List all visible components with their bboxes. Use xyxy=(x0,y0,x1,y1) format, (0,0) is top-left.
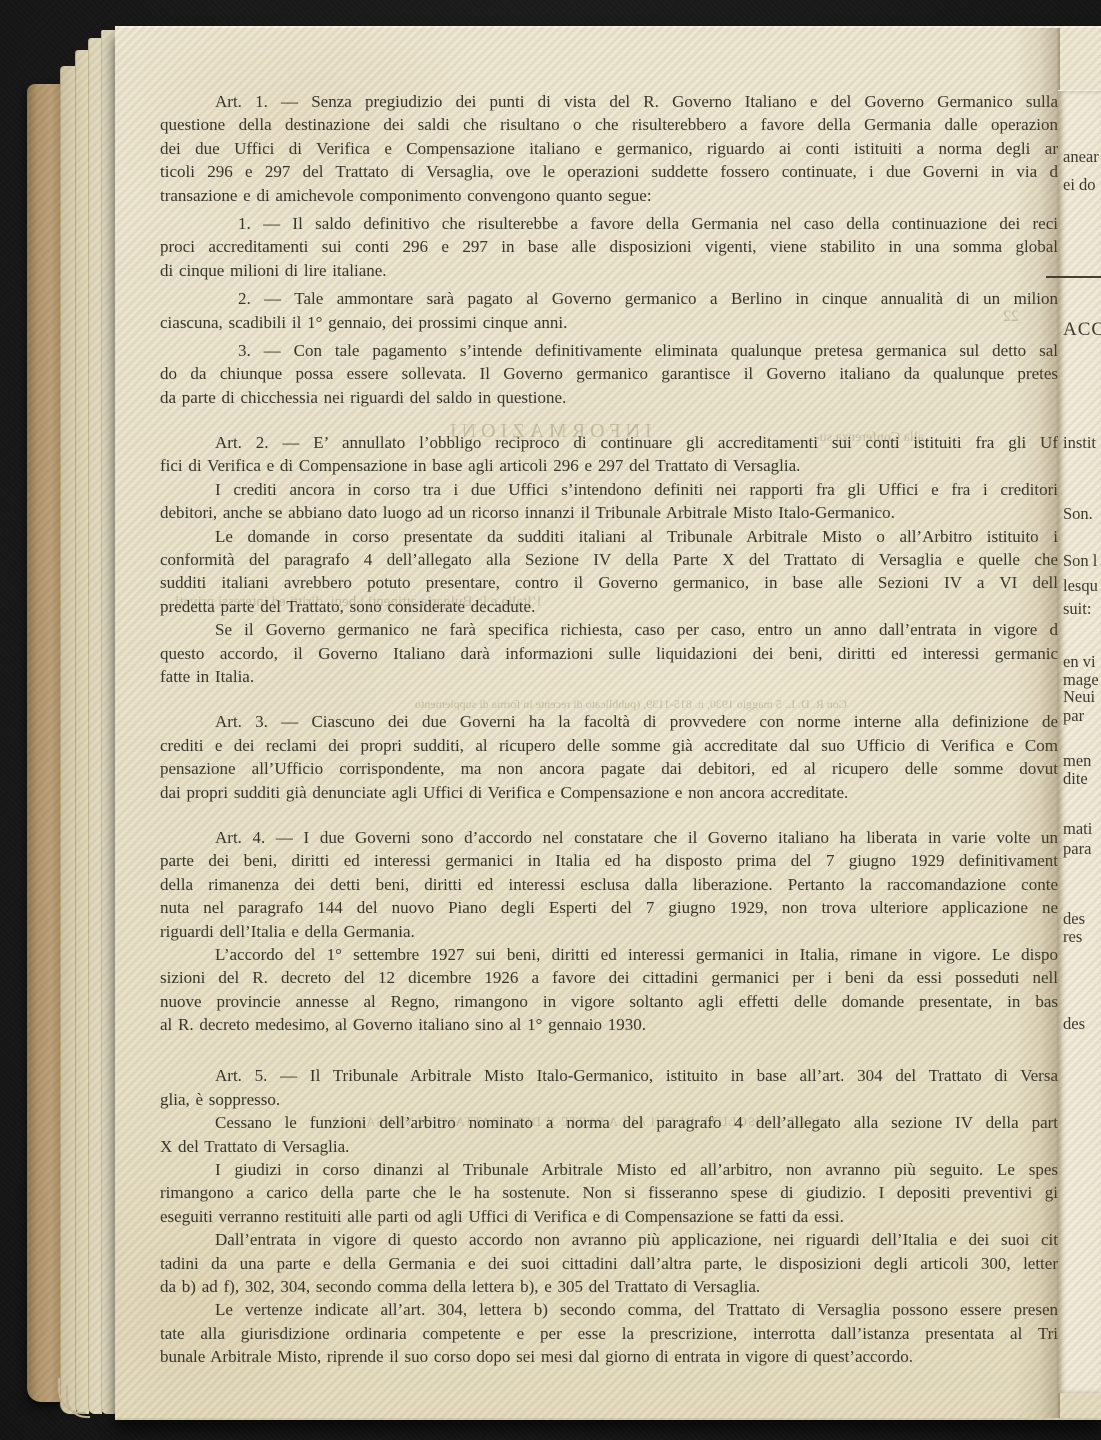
paragraph: Art. 5. — Il Tribunale Arbitrale Misto I… xyxy=(160,1064,1058,1111)
text-line: rimangono a carico della parte che le ha… xyxy=(160,1181,1058,1204)
text-line: crediti e dei reclami dei propri sudditi… xyxy=(160,734,1058,757)
text-line: I crediti ancora in corso tra i due Uffi… xyxy=(160,478,1058,501)
page-fold-shadow xyxy=(1014,28,1060,1418)
paragraph: Art. 1. — Senza pregiudizio dei punti di… xyxy=(160,90,1058,207)
next-page-text-fragment: dite xyxy=(1063,769,1088,789)
next-page-text-fragment: Neui xyxy=(1063,687,1095,707)
text-line: Art. 1. — Senza pregiudizio dei punti di… xyxy=(160,90,1058,113)
paragraph: Dall’entrata in vigore di questo accordo… xyxy=(160,1228,1058,1298)
text-line: Dall’entrata in vigore di questo accordo… xyxy=(160,1228,1058,1251)
paragraph: 1. — Il saldo definitivo che risulterebb… xyxy=(160,212,1058,282)
text-line: 1. — Il saldo definitivo che risulterebb… xyxy=(160,212,1058,235)
next-page-text-fragment: mati xyxy=(1063,819,1092,839)
text-line: Le domande in corso presentate da suddit… xyxy=(160,525,1058,548)
book-cover-edge xyxy=(27,84,61,1402)
text-line: dai propri sudditi già denunciate agli U… xyxy=(160,781,1058,804)
next-page-text-fragment: Son. xyxy=(1063,504,1093,524)
text-line: 2. — Tale ammontare sarà pagato al Gover… xyxy=(160,287,1058,310)
paragraph: 2. — Tale ammontare sarà pagato al Gover… xyxy=(160,287,1058,334)
text-line: tate alla giurisdizione ordinaria compet… xyxy=(160,1322,1058,1345)
text-line: Art. 5. — Il Tribunale Arbitrale Misto I… xyxy=(160,1064,1058,1087)
page-text: Art. 1. — Senza pregiudizio dei punti di… xyxy=(160,90,1058,1369)
text-line: nuove provincie annesse al Regno, rimang… xyxy=(160,990,1058,1013)
text-line: debitori, anche se abbiano dato luogo ad… xyxy=(160,501,1058,524)
text-line: tadini da una parte e della Germania e d… xyxy=(160,1252,1058,1275)
next-page-text-fragment: men xyxy=(1063,751,1091,771)
scanned-page: INFORMAZIONIalla Conferenza su-22l’Itali… xyxy=(115,26,1101,1420)
text-line: da b) ad f), 302, 304, secondo comma del… xyxy=(160,1275,1058,1298)
text-line: predetta parte del Trattato, sono consid… xyxy=(160,595,1058,618)
page-edge xyxy=(60,66,76,1414)
text-line: da parte di chicchessia nei riguardi del… xyxy=(160,386,1058,409)
next-page-text-fragment: des xyxy=(1063,1014,1085,1034)
text-line: Le vertenze indicate all’art. 304, lette… xyxy=(160,1298,1058,1321)
paragraph: Se il Governo germanico ne farà specific… xyxy=(160,618,1058,688)
paragraph: Art. 4. — I due Governi sono d’accordo n… xyxy=(160,826,1058,943)
next-page-text-fragment: en vi xyxy=(1063,652,1096,672)
paragraph: Le vertenze indicate all’art. 304, lette… xyxy=(160,1298,1058,1368)
text-line: ticoli 296 e 297 del Trattato di Versagl… xyxy=(160,160,1058,183)
text-line: L’accordo del 1° settembre 1927 sui beni… xyxy=(160,943,1058,966)
page-edge xyxy=(88,38,102,1414)
paragraph: Cessano le funzioni dell’arbitro nominat… xyxy=(160,1111,1058,1158)
text-line: sudditi italiani avrebbero potuto presen… xyxy=(160,571,1058,594)
paragraph: Art. 3. — Ciascuno dei due Governi ha la… xyxy=(160,710,1058,804)
text-line: glia, è soppresso. xyxy=(160,1088,1058,1111)
paragraph: L’accordo del 1° settembre 1927 sui beni… xyxy=(160,943,1058,1037)
text-line: proci accreditamenti sui conti 296 e 297… xyxy=(160,235,1058,258)
next-page-heading-fragment: ACCO xyxy=(1063,319,1101,341)
next-page-text-fragment: para xyxy=(1063,839,1091,859)
next-page-text-fragment: instit xyxy=(1063,433,1096,453)
next-page-strip: anearei doACCOinstitSon.Son llesqusuit:e… xyxy=(1058,90,1101,1393)
text-line: della rimanenza dei detti beni, diritti … xyxy=(160,873,1058,896)
text-line: bunale Arbitrale Misto, riprende il suo … xyxy=(160,1345,1058,1368)
paragraph: 3. — Con tale pagamento s’intende defini… xyxy=(160,339,1058,409)
next-page-text-fragment: Son l xyxy=(1063,551,1097,571)
text-line: X del Trattato di Versaglia. xyxy=(160,1135,1058,1158)
text-line: Art. 3. — Ciascuno dei due Governi ha la… xyxy=(160,710,1058,733)
next-page-text-fragment: ei do xyxy=(1063,175,1096,195)
text-line: I giudizi in corso dinanzi al Tribunale … xyxy=(160,1158,1058,1181)
text-line: questo accordo, il Governo Italiano darà… xyxy=(160,642,1058,665)
next-page-rule xyxy=(1046,276,1101,278)
text-line: al R. decreto medesimo, al Governo itali… xyxy=(160,1013,1058,1036)
paragraph: I crediti ancora in corso tra i due Uffi… xyxy=(160,478,1058,525)
next-page-text-fragment: des xyxy=(1063,909,1085,929)
text-line: riguardi dell’Italia e della Germania. xyxy=(160,920,1058,943)
text-line: pensazione all’Ufficio corrispondente, m… xyxy=(160,757,1058,780)
paragraph: I giudizi in corso dinanzi al Tribunale … xyxy=(160,1158,1058,1228)
text-line: fici di Verifica e di Compensazione in b… xyxy=(160,454,1058,477)
text-line: Art. 4. — I due Governi sono d’accordo n… xyxy=(160,826,1058,849)
paragraph: Le domande in corso presentate da suddit… xyxy=(160,525,1058,619)
page-edge xyxy=(75,50,89,1414)
next-page-text-fragment: lesqu xyxy=(1063,576,1098,596)
text-line: transazione e di amichevole componimento… xyxy=(160,184,1058,207)
text-line: nuta nel paragrafo 144 del nuovo Piano d… xyxy=(160,896,1058,919)
text-line: eseguiti verranno restituiti alle parti … xyxy=(160,1205,1058,1228)
photo-background: INFORMAZIONIalla Conferenza su-22l’Itali… xyxy=(0,0,1101,1440)
text-line: fatte in Italia. xyxy=(160,665,1058,688)
text-line: do da chiunque possa essere sollevata. I… xyxy=(160,362,1058,385)
text-line: sizioni del R. decreto del 12 dicembre 1… xyxy=(160,966,1058,989)
text-line: ciascuna, scadibili il 1° gennaio, dei p… xyxy=(160,311,1058,334)
next-page-text-fragment: res xyxy=(1063,927,1082,947)
next-page-text-fragment: anear xyxy=(1063,147,1099,167)
text-line: Art. 2. — E’ annullato l’obbligo recipro… xyxy=(160,431,1058,454)
text-line: di cinque milioni di lire italiane. xyxy=(160,259,1058,282)
text-line: parte dei beni, diritti ed interessi ger… xyxy=(160,849,1058,872)
text-line: dei due Uffici di Verifica e Compensazio… xyxy=(160,137,1058,160)
text-line: 3. — Con tale pagamento s’intende defini… xyxy=(160,339,1058,362)
next-page-text-fragment: par xyxy=(1063,706,1084,726)
paragraph: Art. 2. — E’ annullato l’obbligo recipro… xyxy=(160,431,1058,478)
next-page-text-fragment: suit: xyxy=(1063,599,1091,619)
text-line: questione della destinazione dei saldi c… xyxy=(160,113,1058,136)
text-line: conformità del paragrafo 4 dell’allegato… xyxy=(160,548,1058,571)
text-line: Cessano le funzioni dell’arbitro nominat… xyxy=(160,1111,1058,1134)
text-line: Se il Governo germanico ne farà specific… xyxy=(160,618,1058,641)
